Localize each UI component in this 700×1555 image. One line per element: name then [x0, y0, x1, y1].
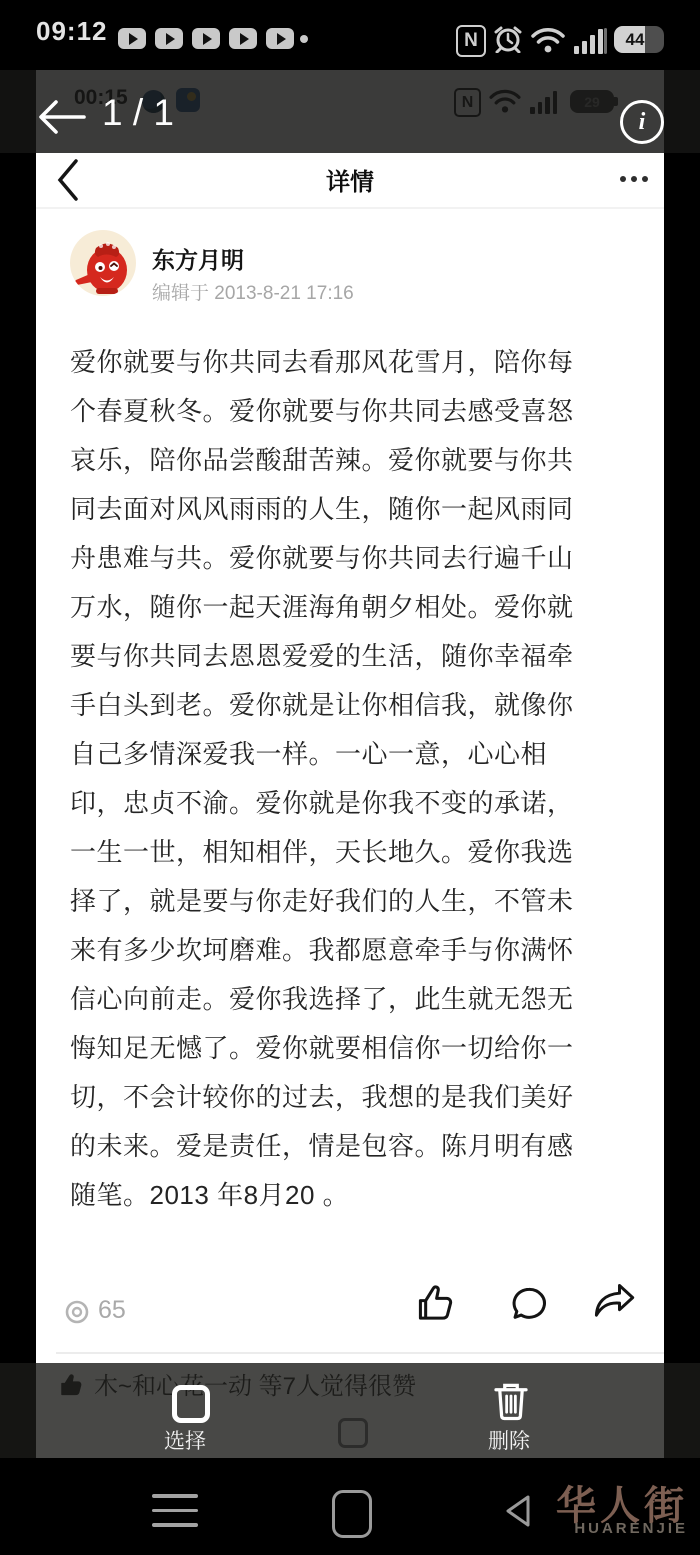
- views-count: 65: [98, 1296, 126, 1325]
- battery-percent: 44: [614, 26, 656, 53]
- status-time: 09:12: [36, 16, 108, 47]
- media-notification-icon: [266, 28, 294, 49]
- recents-button[interactable]: [152, 1494, 198, 1538]
- comment-icon: [510, 1286, 548, 1324]
- like-icon: [414, 1282, 456, 1324]
- mascot-avatar-image: [70, 230, 136, 296]
- status-divider: [604, 28, 607, 54]
- select-checkbox[interactable]: [338, 1418, 368, 1448]
- views-eye-icon: [62, 1300, 92, 1324]
- more-notifications-dot-icon: [300, 35, 308, 43]
- back-arrow-icon[interactable]: [36, 98, 88, 136]
- page-indicator: 1 / 1: [102, 92, 174, 134]
- viewer-toolbar: 选择 删除: [0, 1363, 700, 1458]
- media-notification-icon: [192, 28, 220, 49]
- post-body: 爱你就要与你共同去看那风花雪月，陪你每 个春夏秋冬。爱你就要与你共同去感受喜怒 …: [70, 338, 646, 1220]
- media-notification-icon: [155, 28, 183, 49]
- android-nav-bar: 华人街 HUARENJIE: [0, 1458, 700, 1555]
- avatar: [70, 230, 136, 296]
- wifi-icon: [530, 26, 566, 54]
- page-title: 详情: [36, 162, 664, 197]
- watermark-en: HUARENJIE: [574, 1520, 688, 1537]
- home-button[interactable]: [332, 1490, 372, 1538]
- alarm-icon: [492, 26, 524, 53]
- info-button[interactable]: i: [620, 100, 664, 144]
- media-notification-icon: [229, 28, 257, 49]
- signal-bars-icon: [574, 28, 603, 54]
- media-notification-icon: [118, 28, 146, 49]
- share-icon: [592, 1282, 636, 1322]
- battery-icon: 44: [614, 26, 664, 53]
- select-button[interactable]: 选择: [164, 1425, 206, 1455]
- phone-screen: 09:12 N 44 00:15 N: [0, 0, 700, 1555]
- footer-divider: [56, 1352, 664, 1354]
- select-icon[interactable]: [172, 1385, 210, 1423]
- screenshot-image: 00:15 N 29 详情: [36, 70, 664, 1458]
- author-name: 东方月明: [152, 242, 244, 275]
- viewer-top-bar: 1 / 1 i: [0, 70, 700, 153]
- post-edited-timestamp: 编辑于 2013-8-21 17:16: [152, 278, 354, 305]
- header-divider: [36, 207, 664, 209]
- nfc-icon: N: [456, 25, 486, 57]
- more-options-icon: [620, 176, 648, 182]
- back-nav-button[interactable]: [502, 1494, 534, 1528]
- delete-button[interactable]: 删除: [488, 1425, 530, 1455]
- trash-icon[interactable]: [492, 1381, 530, 1421]
